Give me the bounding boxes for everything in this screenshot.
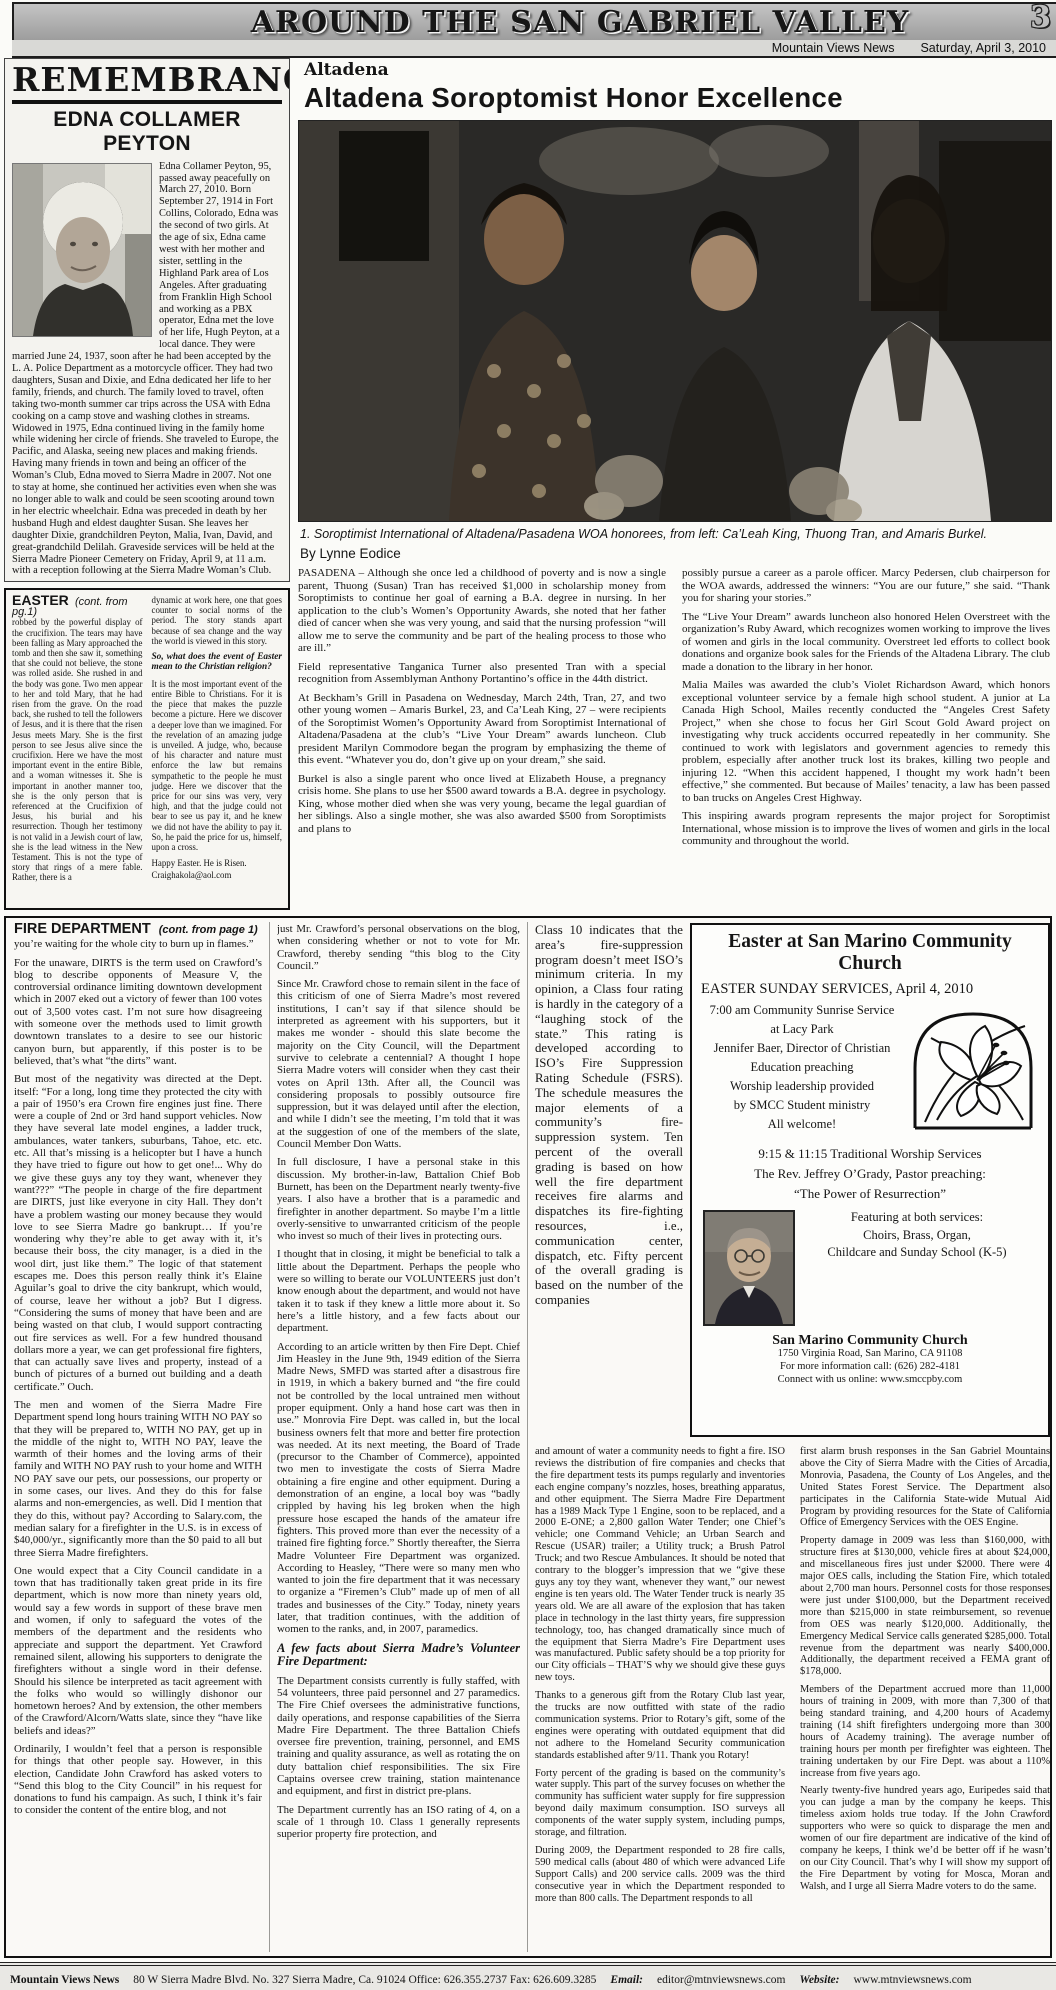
paragraph: 7:00 am Community Sunrise Service bbox=[701, 1002, 903, 1018]
easter-column-1: EASTER (cont. from pg.1) robbed by the p… bbox=[12, 595, 143, 903]
church-ad-subtitle: EASTER SUNDAY SERVICES, April 4, 2010 bbox=[701, 981, 1039, 998]
soroptimist-column-2: possibly pursue a career as a parole off… bbox=[682, 567, 1050, 854]
paragraph: Nearly twenty-five hundred years ago, Eu… bbox=[800, 1785, 1050, 1892]
paragraph: Burkel is also a single parent who once … bbox=[298, 773, 666, 836]
paragraph: and amount of water a community needs to… bbox=[535, 1446, 785, 1684]
paragraph: Forty percent of the grading is based on… bbox=[535, 1768, 785, 1839]
pastor-photo bbox=[703, 1210, 795, 1326]
soroptimist-article: Altadena Altadena Soroptomist Honor Exce… bbox=[296, 58, 1052, 910]
footer-website-label: Website: bbox=[799, 1974, 839, 1986]
fire-section-title: FIRE DEPARTMENT (cont. from page 1) bbox=[14, 923, 262, 936]
easter-col1-text: robbed by the powerful display of the cr… bbox=[12, 617, 143, 882]
paragraph: It is the most important event of the en… bbox=[152, 679, 283, 852]
masthead-bar: AROUND THE SAN GABRIEL VALLEY bbox=[12, 2, 1056, 42]
paragraph: Connect with us online: www.smccpby.com bbox=[701, 1373, 1039, 1386]
column-rule bbox=[527, 922, 528, 1952]
paragraph: Ordinarily, I wouldn’t feel that a perso… bbox=[14, 1743, 262, 1817]
page-title: AROUND THE SAN GABRIEL VALLEY bbox=[161, 5, 910, 40]
church-ad-title: Easter at San Marino Community Church bbox=[701, 931, 1039, 975]
easter-subhead: So, what does the event of Easter mean t… bbox=[152, 652, 283, 673]
paragraph: PASADENA – Although she once led a child… bbox=[298, 567, 666, 655]
fire-column-5: first alarm brush responses in the San G… bbox=[800, 1446, 1050, 1950]
article-headline: Altadena Soroptomist Honor Excellence bbox=[304, 82, 1050, 114]
photo-caption: 1. Soroptimist International of Altadena… bbox=[300, 527, 1048, 542]
obituary-headline: EDNA COLLAMER PEYTON bbox=[12, 108, 282, 156]
edna-peyton-photo bbox=[12, 163, 152, 337]
easter-column-2: dynamic at work here, one that goes coun… bbox=[152, 595, 283, 903]
paragraph: just Mr. Crawford’s personal observation… bbox=[277, 923, 520, 972]
footer-publication: Mountain Views News bbox=[10, 1974, 119, 1986]
fire-column-4: and amount of water a community needs to… bbox=[535, 1446, 785, 1950]
fire-col2-text-b: The Department consists currently is ful… bbox=[277, 1675, 520, 1841]
paragraph: Malia Mailes was awarded the club’s Viol… bbox=[682, 679, 1050, 804]
paragraph: 9:15 & 11:15 Traditional Worship Service… bbox=[701, 1145, 1039, 1162]
remembrance-section: REMEMBRANCE EDNA COLLAMER PEYTON bbox=[4, 58, 290, 582]
byline: By Lynne Eodice bbox=[300, 546, 1048, 561]
page-number: 3 bbox=[1030, 0, 1051, 35]
paragraph: 1750 Virginia Road, San Marino, CA 91108 bbox=[701, 1347, 1039, 1360]
easter-lily-illustration bbox=[907, 1002, 1039, 1137]
church-ad-contact: San Marino Community Church 1750 Virgini… bbox=[701, 1334, 1039, 1386]
paragraph: At Beckham’s Grill in Pasadena on Wednes… bbox=[298, 692, 666, 767]
paragraph: Property damage in 2009 was less than $1… bbox=[800, 1535, 1050, 1678]
church-name: San Marino Community Church bbox=[701, 1334, 1039, 1347]
church-contact-lines: 1750 Virginia Road, San Marino, CA 91108… bbox=[701, 1347, 1039, 1386]
paragraph: possibly pursue a career as a parole off… bbox=[682, 567, 1050, 605]
paragraph: The Department consists currently is ful… bbox=[277, 1675, 520, 1798]
paragraph: According to an article written by then … bbox=[277, 1341, 520, 1636]
paragraph: For the unaware, DIRTS is the term used … bbox=[14, 957, 262, 1068]
paragraph: Since Mr. Crawford chose to remain silen… bbox=[277, 978, 520, 1150]
paragraph: Featuring at both services: bbox=[795, 1210, 1039, 1226]
newspaper-page: AROUND THE SAN GABRIEL VALLEY 3 Mountain… bbox=[0, 0, 1056, 1990]
paragraph: The Department currently has an ISO rati… bbox=[277, 1804, 520, 1841]
church-ad-featuring: Featuring at both services:Choirs, Brass… bbox=[795, 1210, 1039, 1263]
fire-column-3: Class 10 indicates that the area’s fire-… bbox=[535, 923, 683, 1435]
paragraph: first alarm brush responses in the San G… bbox=[800, 1446, 1050, 1529]
soroptimist-photo bbox=[298, 120, 1052, 522]
paragraph: Worship leadership provided bbox=[701, 1078, 903, 1094]
publication-name: Mountain Views News bbox=[772, 41, 895, 55]
fire-column-1: FIRE DEPARTMENT (cont. from page 1) you’… bbox=[14, 923, 262, 1953]
church-ad-traditional: 9:15 & 11:15 Traditional Worship Service… bbox=[701, 1145, 1039, 1202]
footer-email: editor@mtnviewsnews.com bbox=[657, 1974, 785, 1986]
footer-address: 80 W Sierra Madre Blvd. No. 327 Sierra M… bbox=[133, 1974, 596, 1986]
kicker: Altadena bbox=[304, 60, 1050, 80]
paragraph: This inspiring awards program represents… bbox=[682, 810, 1050, 848]
easter-signoff: Happy Easter. He is Risen.Craighakola@ao… bbox=[152, 858, 283, 880]
paragraph: Education preaching bbox=[701, 1059, 903, 1075]
footer-website: www.mtnviewsnews.com bbox=[853, 1974, 971, 1986]
obituary-body: Edna Collamer Peyton, 95, passed away pe… bbox=[12, 161, 282, 578]
paragraph: All welcome! bbox=[701, 1116, 903, 1132]
paragraph: The Rev. Jeffrey O’Grady, Pastor preachi… bbox=[701, 1165, 1039, 1182]
paragraph: at Lacy Park bbox=[701, 1021, 903, 1037]
date-strip: Mountain Views News Saturday, April 3, 2… bbox=[12, 40, 1056, 58]
paragraph: For more information call: (626) 282-418… bbox=[701, 1360, 1039, 1373]
paragraph: I thought that in closing, it might be b… bbox=[277, 1248, 520, 1334]
paragraph: Members of the Department accrued more t… bbox=[800, 1684, 1050, 1779]
church-ad: Easter at San Marino Community Church EA… bbox=[690, 923, 1050, 1437]
paragraph: “The Power of Resurrection” bbox=[701, 1185, 1039, 1202]
paragraph: you’re waiting for the whole city to bur… bbox=[14, 938, 262, 950]
paragraph: by SMCC Student ministry bbox=[701, 1097, 903, 1113]
fire-title-text: FIRE DEPARTMENT bbox=[14, 923, 151, 937]
remembrance-title: REMEMBRANCE bbox=[12, 63, 282, 104]
easter-col2-intro: dynamic at work here, one that goes coun… bbox=[152, 595, 283, 646]
paragraph: Happy Easter. He is Risen. bbox=[152, 858, 283, 868]
fire-col2-text-a: just Mr. Crawford’s personal observation… bbox=[277, 923, 520, 1636]
paragraph: In full disclosure, I have a personal st… bbox=[277, 1156, 520, 1242]
paragraph: The “Live Your Dream” awards luncheon al… bbox=[682, 611, 1050, 674]
paragraph: Jennifer Baer, Director of Christian bbox=[701, 1040, 903, 1056]
paragraph: Field representative Tanganica Turner al… bbox=[298, 661, 666, 686]
column-rule bbox=[269, 922, 270, 1952]
easter-section: EASTER (cont. from pg.1) robbed by the p… bbox=[4, 588, 290, 910]
paragraph: dynamic at work here, one that goes coun… bbox=[152, 595, 283, 646]
soroptimist-column-1: PASADENA – Although she once led a child… bbox=[298, 567, 666, 854]
fire-facts-subhead: A few facts about Sierra Madre’s Volunte… bbox=[277, 1642, 520, 1669]
paragraph: Class 10 indicates that the area’s fire-… bbox=[535, 923, 683, 1308]
fire-department-section: FIRE DEPARTMENT (cont. from page 1) you’… bbox=[4, 916, 1052, 1958]
page-footer: Mountain Views News 80 W Sierra Madre Bl… bbox=[0, 1962, 1056, 1990]
easter-col2-text: It is the most important event of the en… bbox=[152, 679, 283, 852]
paragraph: Thanks to a generous gift from the Rotar… bbox=[535, 1690, 785, 1761]
paragraph: During 2009, the Department responded to… bbox=[535, 1845, 785, 1905]
issue-date: Saturday, April 3, 2010 bbox=[920, 41, 1046, 55]
paragraph: Craighakola@aol.com bbox=[152, 870, 283, 880]
paragraph: Choirs, Brass, Organ, bbox=[795, 1228, 1039, 1244]
fire-continued-note: (cont. from page 1) bbox=[159, 924, 258, 936]
fire-column-2: just Mr. Crawford’s personal observation… bbox=[277, 923, 520, 1953]
fire-col1-text: you’re waiting for the whole city to bur… bbox=[14, 938, 262, 1816]
paragraph: One would expect that a City Council can… bbox=[14, 1565, 262, 1737]
paragraph: The men and women of the Sierra Madre Fi… bbox=[14, 1399, 262, 1559]
paragraph: Childcare and Sunday School (K-5) bbox=[795, 1245, 1039, 1261]
paragraph: robbed by the powerful display of the cr… bbox=[12, 617, 143, 882]
church-ad-services: 7:00 am Community Sunrise Serviceat Lacy… bbox=[701, 1002, 903, 1137]
footer-email-label: Email: bbox=[610, 1974, 643, 1986]
paragraph: But most of the negativity was directed … bbox=[14, 1073, 262, 1393]
